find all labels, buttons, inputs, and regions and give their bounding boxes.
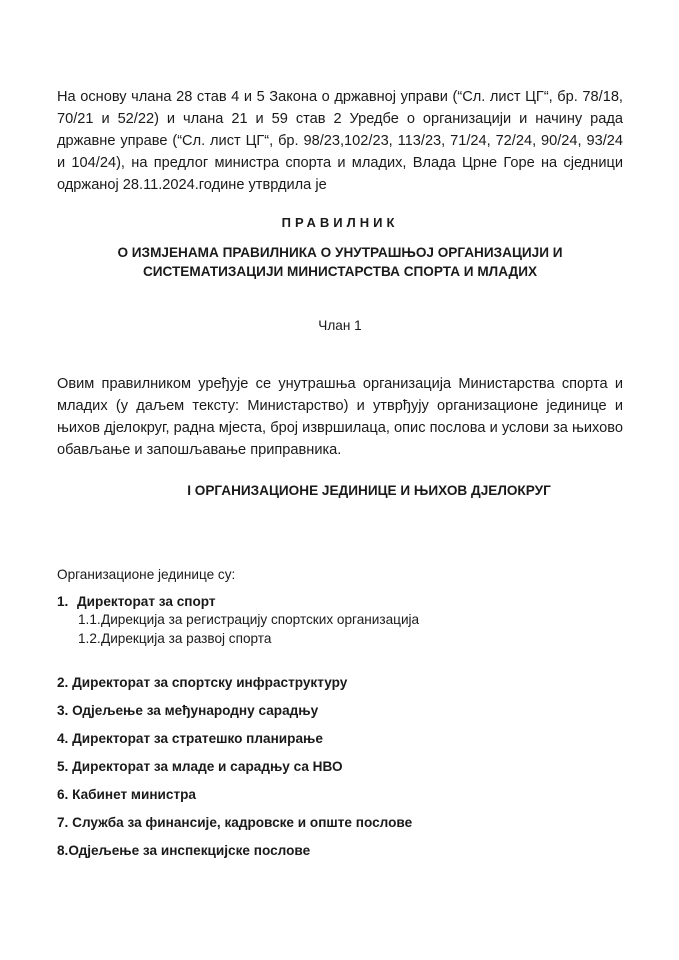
unit-item-3: 3. Одјељење за међународну сарадњу xyxy=(57,703,318,718)
unit-number: 6. xyxy=(57,787,68,802)
article-heading: Члан 1 xyxy=(57,318,623,333)
unit-number: 1. xyxy=(57,594,77,609)
subunit-label: Дирекција за развој спорта xyxy=(101,631,271,646)
subtitle-line-1: О ИЗМЈЕНАМА ПРАВИЛНИКА О УНУТРАШЊОЈ ОРГА… xyxy=(57,243,623,262)
units-intro: Организационе јединице су: xyxy=(57,567,235,582)
unit-item-4: 4. Директорат за стратешко планирање xyxy=(57,731,323,746)
unit-number: 4. xyxy=(57,731,68,746)
unit-number: 7. xyxy=(57,815,68,830)
unit-label: Директорат за спортску инфраструктуру xyxy=(72,675,347,690)
unit-item-2: 2. Директорат за спортску инфраструктуру xyxy=(57,675,347,690)
unit-item-1: 1.Директорат за спорт xyxy=(57,594,216,609)
unit-number: 8. xyxy=(57,843,68,858)
document-title: ПРАВИЛНИК xyxy=(57,215,623,230)
unit-label: Директорат за младе и сарадњу са НВО xyxy=(72,759,342,774)
unit-number: 2. xyxy=(57,675,68,690)
unit-number: 3. xyxy=(57,703,68,718)
unit-label: Кабинет министра xyxy=(72,787,196,802)
subunit-item-1-2: 1.2.Дирекција за развој спорта xyxy=(78,631,271,646)
unit-label: Директорат за спорт xyxy=(77,594,216,609)
unit-label: Одјељење за инспекцијске послове xyxy=(68,843,310,858)
unit-label: Одјељење за међународну сарадњу xyxy=(72,703,318,718)
article-body: Овим правилником уређује се унутрашња ор… xyxy=(57,373,623,461)
unit-label: Директорат за стратешко планирање xyxy=(72,731,323,746)
subunit-number: 1.2. xyxy=(78,631,101,646)
unit-label: Служба за финансије, кадровске и опште п… xyxy=(72,815,412,830)
unit-item-8: 8.Одјељење за инспекцијске послове xyxy=(57,843,310,858)
section-heading: I ОРГАНИЗАЦИОНЕ ЈЕДИНИЦЕ И ЊИХОВ ДЈЕЛОКР… xyxy=(57,483,623,498)
unit-item-6: 6. Кабинет министра xyxy=(57,787,196,802)
subunit-number: 1.1. xyxy=(78,612,101,627)
unit-number: 5. xyxy=(57,759,68,774)
document-subtitle: О ИЗМЈЕНАМА ПРАВИЛНИКА О УНУТРАШЊОЈ ОРГА… xyxy=(57,243,623,281)
subtitle-line-2: СИСТЕМАТИЗАЦИЈИ МИНИСТАРСТВА СПОРТА И МЛ… xyxy=(57,262,623,281)
unit-item-5: 5. Директорат за младе и сарадњу са НВО xyxy=(57,759,343,774)
subunit-label: Дирекција за регистрацију спортских орга… xyxy=(101,612,419,627)
subunit-item-1-1: 1.1.Дирекција за регистрацију спортских … xyxy=(78,612,419,627)
preamble-paragraph: На основу члана 28 став 4 и 5 Закона о д… xyxy=(57,86,623,196)
unit-item-7: 7. Служба за финансије, кадровске и општ… xyxy=(57,815,412,830)
